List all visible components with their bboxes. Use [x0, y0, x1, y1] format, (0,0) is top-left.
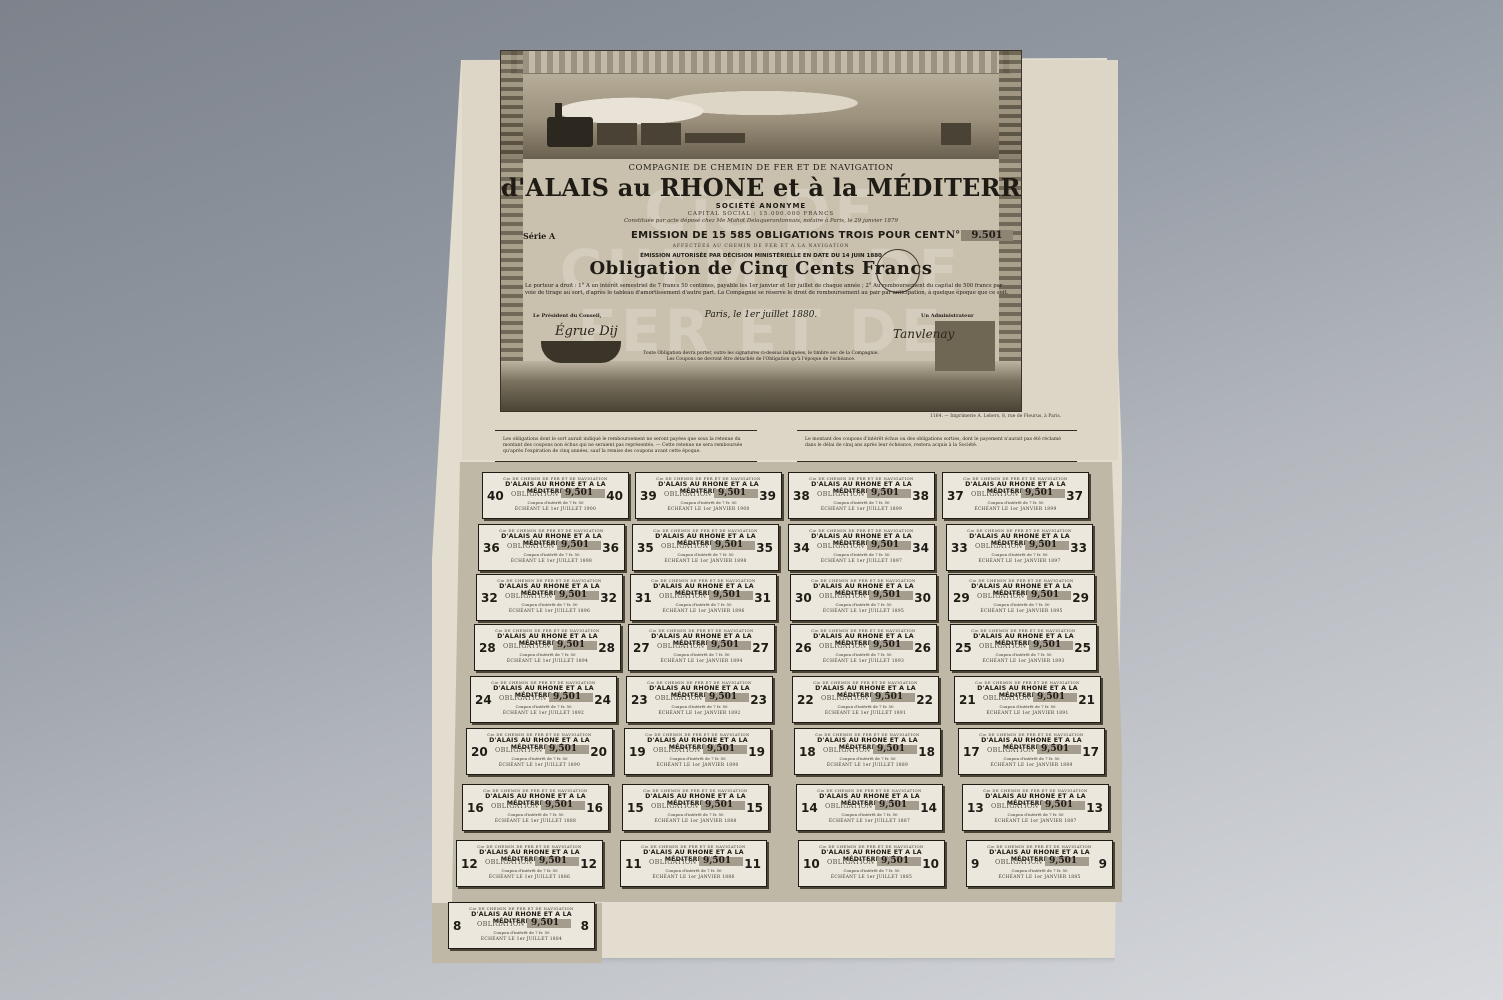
coupon-obligation-number: 9,501	[549, 693, 593, 702]
coupon: Cie DE CHEMIN DE FER ET DE NAVIGATIOND'A…	[474, 624, 621, 671]
coupon-interest: Coupon d'intérêt de 7 fr. 50	[625, 756, 770, 761]
coupon-due-date: ÉCHÉANT LE 1er JANVIER 1897	[947, 559, 1092, 564]
coupon-due-date: ÉCHÉANT LE 1er JUILLET 1891	[793, 711, 938, 716]
coupon-due-date: ÉCHÉANT LE 1er JANVIER 1885	[967, 875, 1112, 880]
coupon-interest: Coupon d'intérêt de 7 fr. 50	[463, 812, 608, 817]
coupon-obligation-number: 9,501	[714, 489, 758, 498]
coupon-due-date: ÉCHÉANT LE 1er JANVIER 1890	[625, 763, 770, 768]
coupon-obligation-number: 9,501	[535, 857, 579, 866]
coupon-due-date: ÉCHÉANT LE 1er JUILLET 1886	[457, 875, 602, 880]
coupon-due-date: ÉCHÉANT LE 1er JUILLET 1894	[475, 659, 620, 664]
obligation-title: Obligation de Cinq Cents Francs	[501, 258, 1021, 279]
coupon-due-date: ÉCHÉANT LE 1er JANVIER 1896	[631, 609, 776, 614]
coupon: Cie DE CHEMIN DE FER ET DE NAVIGATIOND'A…	[958, 728, 1105, 775]
coupon-obligation-number: 9,501	[1045, 857, 1089, 866]
coupon-obligation-number: 9,501	[705, 693, 749, 702]
coupon-obligation-number: 9,501	[869, 591, 913, 600]
coupon-obligation-number: 9,501	[553, 641, 597, 650]
coupon-interest: Coupon d'intérêt de 7 fr. 50	[467, 756, 612, 761]
coupon-obligation-number: 9,501	[527, 919, 571, 928]
coupon-interest: Coupon d'intérêt de 7 fr. 50	[627, 704, 772, 709]
coupon: Cie DE CHEMIN DE FER ET DE NAVIGATIOND'A…	[476, 574, 623, 621]
coupon-interest: Coupon d'intérêt de 7 fr. 50	[793, 704, 938, 709]
affected-line: AFFECTÉES AU CHEMIN DE FER ET A LA NAVIG…	[501, 244, 1021, 249]
coupon: Cie DE CHEMIN DE FER ET DE NAVIGATIOND'A…	[950, 624, 1097, 671]
coupon-obligation-number: 9,501	[699, 857, 743, 866]
wagon-illustration	[685, 133, 745, 143]
coupon-obligation-number: 9,501	[701, 801, 745, 810]
coupon-obligation-number: 9,501	[707, 641, 751, 650]
coupon: Cie DE CHEMIN DE FER ET DE NAVIGATIOND'A…	[630, 574, 777, 621]
wagon-illustration	[641, 123, 681, 145]
coupon-obligation-number: 9,501	[703, 745, 747, 754]
coupon-due-date: ÉCHÉANT LE 1er JANVIER 1892	[627, 711, 772, 716]
coupon-due-date: ÉCHÉANT LE 1er JANVIER 1888	[623, 819, 768, 824]
coupon-obligation-number: 9,501	[873, 745, 917, 754]
bond-certificate: Cie DE CHEMIN DE FER ET DE NAVIGATION D'…	[500, 50, 1022, 412]
coupon-due-date: ÉCHÉANT LE 1er JUILLET 1899	[789, 507, 934, 512]
coupon-interest: Coupon d'intérêt de 7 fr. 50	[963, 812, 1108, 817]
coupon-due-date: ÉCHÉANT LE 1er JANVIER 1898	[633, 559, 778, 564]
coupon-obligation-number: 9,501	[1033, 693, 1077, 702]
coupon-interest: Coupon d'intérêt de 7 fr. 50	[797, 812, 942, 817]
coupon-due-date: ÉCHÉANT LE 1er JANVIER 1891	[955, 711, 1100, 716]
coupon-interest: Coupon d'intérêt de 7 fr. 50	[621, 868, 766, 873]
coupon: Cie DE CHEMIN DE FER ET DE NAVIGATIOND'A…	[622, 784, 769, 831]
coupon-obligation-number: 9,501	[711, 541, 755, 550]
notice-right: Le montant des coupons d'intérêt échus o…	[797, 430, 1077, 462]
coupon: Cie DE CHEMIN DE FER ET DE NAVIGATIOND'A…	[792, 676, 939, 723]
coupon-obligation-number: 9,501	[875, 801, 919, 810]
coupon-interest: Coupon d'intérêt de 7 fr. 50	[471, 704, 616, 709]
coupon-due-date: ÉCHÉANT LE 1er JANVIER 1899	[943, 507, 1088, 512]
coupon-obligation-number: 9,501	[867, 489, 911, 498]
coupon-due-date: ÉCHÉANT LE 1er JUILLET 1897	[789, 559, 934, 564]
coupon-interest: Coupon d'intérêt de 7 fr. 50	[789, 552, 934, 557]
locomotive-illustration	[547, 117, 593, 147]
coupon: Cie DE CHEMIN DE FER ET DE NAVIGATIOND'A…	[470, 676, 617, 723]
footer-note: Toute Obligation devra porter, outre les…	[501, 351, 1021, 363]
series-label: Série A	[523, 231, 555, 241]
coupon: Cie DE CHEMIN DE FER ET DE NAVIGATIOND'A…	[798, 840, 945, 887]
coupon-interest: Coupon d'intérêt de 7 fr. 50	[633, 552, 778, 557]
coupon-due-date: ÉCHÉANT LE 1er JUILLET 1896	[477, 609, 622, 614]
coupon-due-date: ÉCHÉANT LE 1er JUILLET 1893	[791, 659, 936, 664]
coupon-obligation-number: 9,501	[555, 591, 599, 600]
coupon-obligation-number: 9,501	[867, 541, 911, 550]
coupon-interest: Coupon d'intérêt de 7 fr. 50	[959, 756, 1104, 761]
coupon: Cie DE CHEMIN DE FER ET DE NAVIGATIOND'A…	[794, 728, 941, 775]
signature-administrator: Tanvlenay	[893, 327, 954, 341]
coupon-due-date: ÉCHÉANT LE 1er JANVIER 1894	[629, 659, 774, 664]
coupon: Cie DE CHEMIN DE FER ET DE NAVIGATIOND'A…	[632, 524, 779, 571]
coupon-due-date: ÉCHÉANT LE 1er JANVIER 1889	[959, 763, 1104, 768]
coupon: Cie DE CHEMIN DE FER ET DE NAVIGATIOND'A…	[948, 574, 1095, 621]
capital-line: CAPITAL SOCIAL : 15.000.000 FRANCS	[501, 211, 1021, 217]
coupon-obligation-number: 9,501	[557, 541, 601, 550]
bond-number: 9.501	[961, 230, 1013, 241]
coupon: Cie DE CHEMIN DE FER ET DE NAVIGATIOND'A…	[942, 472, 1089, 519]
coupon: Cie DE CHEMIN DE FER ET DE NAVIGATIOND'A…	[462, 784, 609, 831]
coupon: Cie DE CHEMIN DE FER ET DE NAVIGATIOND'A…	[962, 784, 1109, 831]
coupon-obligation-number: 9,501	[1029, 641, 1073, 650]
coupon-interest: Coupon d'intérêt de 7 fr. 50	[483, 500, 628, 505]
coupon: Cie DE CHEMIN DE FER ET DE NAVIGATIOND'A…	[788, 524, 935, 571]
footer-note-line-2: Les Coupons ne devront être détachés de …	[501, 357, 1021, 363]
coupon-obligation-number: 9,501	[871, 693, 915, 702]
coupon-interest: Coupon d'intérêt de 7 fr. 50	[951, 652, 1096, 657]
coupon-interest: Coupon d'intérêt de 7 fr. 50	[457, 868, 602, 873]
constitution-line: Constituée par acte déposé chez Me Mahot…	[501, 218, 1021, 224]
coupon: Cie DE CHEMIN DE FER ET DE NAVIGATIOND'A…	[790, 574, 937, 621]
coupon-obligation-number: 9,501	[869, 641, 913, 650]
coupon: Cie DE CHEMIN DE FER ET DE NAVIGATIOND'A…	[788, 472, 935, 519]
coupon: Cie DE CHEMIN DE FER ET DE NAVIGATIOND'A…	[620, 840, 767, 887]
coupon-due-date: ÉCHÉANT LE 1er JUILLET 1884	[449, 937, 594, 942]
coupon-due-date: ÉCHÉANT LE 1er JUILLET 1887	[797, 819, 942, 824]
administrator-label: Un Administrateur	[921, 313, 974, 319]
coupon-due-date: ÉCHÉANT LE 1er JUILLET 1888	[463, 819, 608, 824]
coupon-interest: Coupon d'intérêt de 7 fr. 50	[479, 552, 624, 557]
coupon: Cie DE CHEMIN DE FER ET DE NAVIGATIOND'A…	[478, 524, 625, 571]
wagon-illustration	[941, 123, 971, 145]
coupon-due-date: ÉCHÉANT LE 1er JUILLET 1889	[795, 763, 940, 768]
coupon-interest: Coupon d'intérêt de 7 fr. 50	[477, 602, 622, 607]
coupon-due-date: ÉCHÉANT LE 1er JANVIER 1887	[963, 819, 1108, 824]
notice-left: Les obligations dont le sort aurait indi…	[495, 430, 757, 462]
ornamental-banner	[511, 51, 1011, 74]
coupon: Cie DE CHEMIN DE FER ET DE NAVIGATIOND'A…	[790, 624, 937, 671]
coupon-interest: Coupon d'intérêt de 7 fr. 50	[967, 868, 1112, 873]
coupon: Cie DE CHEMIN DE FER ET DE NAVIGATIOND'A…	[796, 784, 943, 831]
printer-imprint: 1164. — Imprimerie A. Lebers, 8, rue de …	[930, 414, 1061, 419]
coupon-obligation-number: 9,501	[545, 745, 589, 754]
coupon-interest: Coupon d'intérêt de 7 fr. 50	[955, 704, 1100, 709]
coupon-due-date: ÉCHÉANT LE 1er JUILLET 1898	[479, 559, 624, 564]
coupon-interest: Coupon d'intérêt de 7 fr. 50	[795, 756, 940, 761]
coupon-due-date: ÉCHÉANT LE 1er JANVIER 1895	[949, 609, 1094, 614]
coupon-obligation-number: 9,501	[1025, 541, 1069, 550]
coupon-due-date: ÉCHÉANT LE 1er JUILLET 1892	[471, 711, 616, 716]
number-label: N°	[946, 230, 960, 241]
coupon-interest: Coupon d'intérêt de 7 fr. 50	[949, 602, 1094, 607]
coupon-obligation-number: 9,501	[1027, 591, 1071, 600]
coupon-due-date: ÉCHÉANT LE 1er JUILLET 1895	[791, 609, 936, 614]
coupon-due-date: ÉCHÉANT LE 1er JUILLET 1890	[467, 763, 612, 768]
emission-line: EMISSION DE 15 585 OBLIGATIONS TROIS POU…	[631, 230, 945, 241]
coupon-interest: Coupon d'intérêt de 7 fr. 50	[791, 602, 936, 607]
coupon: Cie DE CHEMIN DE FER ET DE NAVIGATIOND'A…	[466, 728, 613, 775]
coupon: Cie DE CHEMIN DE FER ET DE NAVIGATIOND'A…	[954, 676, 1101, 723]
coupon-interest: Coupon d'intérêt de 7 fr. 50	[947, 552, 1092, 557]
coupon-interest: Coupon d'intérêt de 7 fr. 50	[629, 652, 774, 657]
coupon-interest: Coupon d'intérêt de 7 fr. 50	[623, 812, 768, 817]
company-line: COMPAGNIE DE CHEMIN DE FER ET DE NAVIGAT…	[501, 163, 1021, 173]
coupon-interest: Coupon d'intérêt de 7 fr. 50	[799, 868, 944, 873]
coupon: Cie DE CHEMIN DE FER ET DE NAVIGATIOND'A…	[448, 902, 595, 949]
wagon-illustration	[597, 123, 637, 145]
coupon-interest: Coupon d'intérêt de 7 fr. 50	[636, 500, 781, 505]
signature-president: Égrue Dij	[555, 324, 618, 339]
coupon-obligation-number: 9,501	[1021, 489, 1065, 498]
coupon: Cie DE CHEMIN DE FER ET DE NAVIGATIOND'A…	[635, 472, 782, 519]
train-engraving	[501, 73, 1021, 159]
coupon-interest: Coupon d'intérêt de 7 fr. 50	[631, 602, 776, 607]
coupon: Cie DE CHEMIN DE FER ET DE NAVIGATIOND'A…	[946, 524, 1093, 571]
coupon-due-date: ÉCHÉANT LE 1er JUILLET 1885	[799, 875, 944, 880]
coupon: Cie DE CHEMIN DE FER ET DE NAVIGATIOND'A…	[482, 472, 629, 519]
coupon-due-date: ÉCHÉANT LE 1er JANVIER 1886	[621, 875, 766, 880]
coupon-obligation-number: 9,501	[1041, 801, 1085, 810]
coupon-obligation-number: 9,501	[877, 857, 921, 866]
coupon: Cie DE CHEMIN DE FER ET DE NAVIGATIOND'A…	[966, 840, 1113, 887]
coupon-obligation-number: 9,501	[709, 591, 753, 600]
coupon-interest: Coupon d'intérêt de 7 fr. 50	[449, 930, 594, 935]
society-type: SOCIÉTÉ ANONYME	[501, 202, 1021, 210]
coupon: Cie DE CHEMIN DE FER ET DE NAVIGATIOND'A…	[456, 840, 603, 887]
coupon-due-date: ÉCHÉANT LE 1er JUILLET 1900	[483, 507, 628, 512]
coupon-due-date: ÉCHÉANT LE 1er JANVIER 1893	[951, 659, 1096, 664]
company-title: d'ALAIS au RHONE et à la MÉDITERRANÉE	[501, 173, 1021, 202]
coupon: Cie DE CHEMIN DE FER ET DE NAVIGATIOND'A…	[626, 676, 773, 723]
terms-text: Le porteur a droit : 1° A un intérêt sem…	[525, 283, 1011, 297]
coupon-obligation-number: 9,501	[1037, 745, 1081, 754]
coupon-interest: Coupon d'intérêt de 7 fr. 50	[475, 652, 620, 657]
coupon-interest: Coupon d'intérêt de 7 fr. 50	[791, 652, 936, 657]
coupon-interest: Coupon d'intérêt de 7 fr. 50	[943, 500, 1088, 505]
coupon: Cie DE CHEMIN DE FER ET DE NAVIGATIOND'A…	[624, 728, 771, 775]
coupon-interest: Coupon d'intérêt de 7 fr. 50	[789, 500, 934, 505]
coupon-due-date: ÉCHÉANT LE 1er JANVIER 1900	[636, 507, 781, 512]
coupon-obligation-number: 9,501	[541, 801, 585, 810]
coupon-obligation-number: 9,501	[561, 489, 605, 498]
coupon: Cie DE CHEMIN DE FER ET DE NAVIGATIOND'A…	[628, 624, 775, 671]
